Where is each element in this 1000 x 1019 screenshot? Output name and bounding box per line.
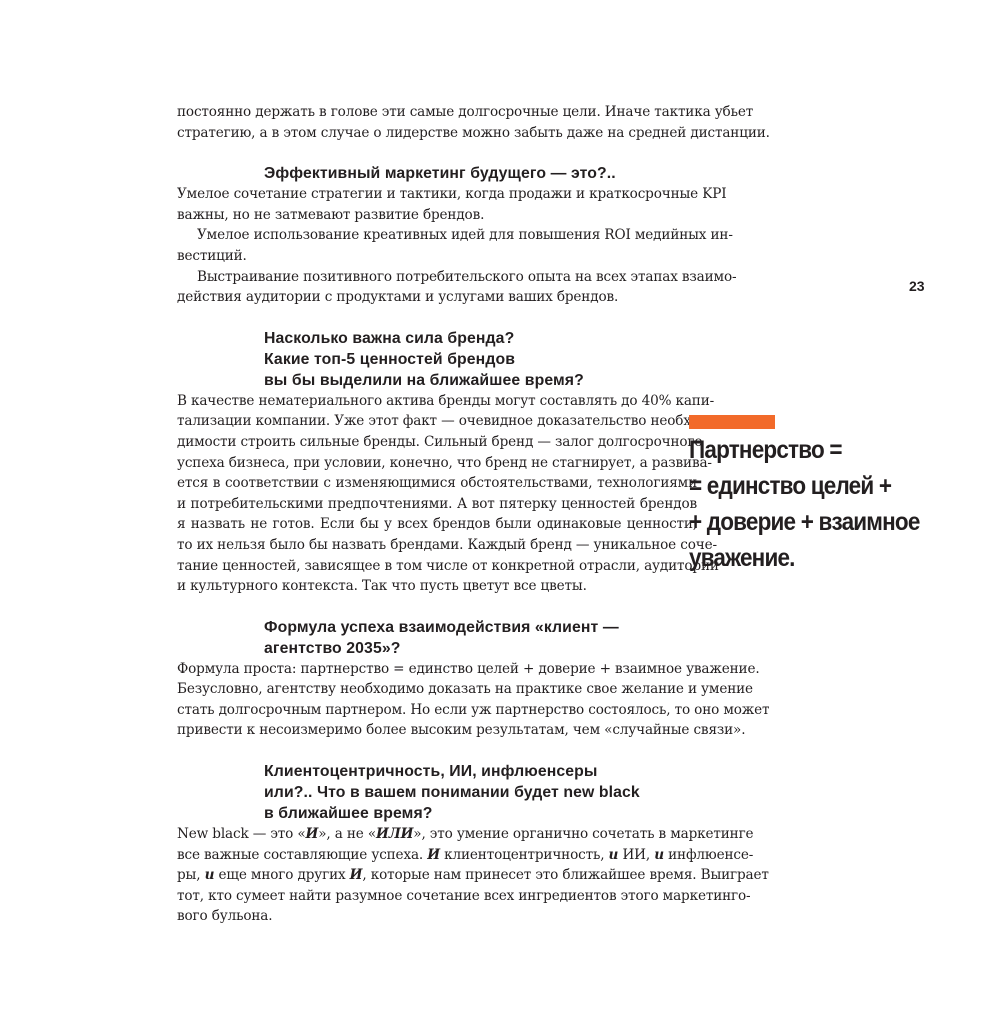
text-line: и культурного контекста. Так что пусть ц… <box>177 576 697 597</box>
section-heading: Эффективный маркетинг будущего — это?.. <box>264 163 697 184</box>
section-heading: Насколько важна сила бренда?Какие топ-5 … <box>264 328 697 391</box>
text-line: тот, кто сумеет найти разумное сочетание… <box>177 886 697 907</box>
heading-line: вы бы выделили на ближайшее время? <box>264 370 697 391</box>
pull-quote-line: = единство целей + <box>689 468 950 504</box>
emphasis: ИЛИ <box>376 826 413 842</box>
spacer <box>177 597 697 617</box>
text-line: важны, но не затмевают развитие брендов. <box>177 205 697 226</box>
text-line: Умелое сочетание стратегии и тактики, ко… <box>177 184 697 205</box>
accent-bar <box>689 415 775 429</box>
pull-quote-line: Партнерство = <box>689 432 950 468</box>
heading-line: или?.. Что в вашем понимании будет new b… <box>264 782 697 803</box>
pull-quote: Партнерство == единство целей ++ доверие… <box>689 432 979 576</box>
text-line: успеха бизнеса, при условии, конечно, чт… <box>177 453 697 474</box>
paragraph: Умелое использование креативных идей для… <box>177 225 697 266</box>
text-line: вестиций. <box>177 246 697 267</box>
section-heading: Формула успеха взаимодействия «клиент —а… <box>264 617 697 659</box>
emphasis: и <box>654 847 664 863</box>
emphasis: и <box>205 867 215 883</box>
page-number: 23 <box>909 278 925 294</box>
text-line: то их нельзя было бы назвать брендами. К… <box>177 535 697 556</box>
text-line: ры, и еще много других И, которые нам пр… <box>177 865 697 886</box>
heading-line: Формула успеха взаимодействия «клиент — <box>264 617 697 638</box>
text-line: New black — это «И», а не «ИЛИ», это уме… <box>177 824 697 845</box>
text-line: Выстраивание позитивного потребительског… <box>177 267 697 288</box>
spacer <box>177 308 697 328</box>
paragraph: В качестве нематериального актива бренды… <box>177 391 697 597</box>
main-text-column: постоянно держать в голове эти самые дол… <box>177 102 697 927</box>
text-line: привести к несоизмеримо более высоким ре… <box>177 720 697 741</box>
emphasis: и <box>609 847 619 863</box>
heading-line: Какие топ-5 ценностей брендов <box>264 349 697 370</box>
text-line: вого бульона. <box>177 906 697 927</box>
text-line: и потребительскими предпочтениями. А вот… <box>177 494 697 515</box>
heading-line: в ближайшее время? <box>264 803 697 824</box>
pull-quote-line: уважение. <box>689 540 950 576</box>
text-line: Умелое использование креативных идей для… <box>177 225 697 246</box>
text-line: димости строить сильные бренды. Сильный … <box>177 432 697 453</box>
paragraph: New black — это «И», а не «ИЛИ», это уме… <box>177 824 697 927</box>
text-line: постоянно держать в голове эти самые дол… <box>177 102 697 123</box>
text-line: стать долгосрочным партнером. Но если уж… <box>177 700 697 721</box>
paragraph: Выстраивание позитивного потребительског… <box>177 267 697 308</box>
text-line: все важные составляющие успеха. И клиент… <box>177 845 697 866</box>
paragraph: Умелое сочетание стратегии и тактики, ко… <box>177 184 697 225</box>
heading-line: Эффективный маркетинг будущего — это?.. <box>264 163 697 184</box>
heading-line: агентство 2035»? <box>264 638 697 659</box>
text-line: действия аудитории с продуктами и услуга… <box>177 287 697 308</box>
spacer <box>177 741 697 761</box>
text-line: Безусловно, агентству необходимо доказат… <box>177 679 697 700</box>
section-heading: Клиентоцентричность, ИИ, инфлюенсерыили?… <box>264 761 697 824</box>
emphasis: И <box>350 867 363 883</box>
text-line: я назвать не готов. Если бы у всех бренд… <box>177 514 697 535</box>
pull-quote-line: + доверие + взаимное <box>689 504 950 540</box>
text-line: Формула проста: партнерство = единство ц… <box>177 659 697 680</box>
spacer <box>177 143 697 163</box>
text-line: стратегию, а в этом случае о лидерстве м… <box>177 123 697 144</box>
paragraph: Формула проста: партнерство = единство ц… <box>177 659 697 741</box>
heading-line: Клиентоцентричность, ИИ, инфлюенсеры <box>264 761 697 782</box>
text-line: тание ценностей, зависящее в том числе о… <box>177 556 697 577</box>
emphasis: И <box>427 847 440 863</box>
emphasis: И <box>306 826 319 842</box>
heading-line: Насколько важна сила бренда? <box>264 328 697 349</box>
intro-paragraph: постоянно держать в голове эти самые дол… <box>177 102 697 143</box>
book-page: постоянно держать в голове эти самые дол… <box>0 0 1000 1019</box>
text-line: ется в соответствии с изменяющимися обст… <box>177 473 697 494</box>
text-line: тализации компании. Уже этот факт — очев… <box>177 411 697 432</box>
text-line: В качестве нематериального актива бренды… <box>177 391 697 412</box>
